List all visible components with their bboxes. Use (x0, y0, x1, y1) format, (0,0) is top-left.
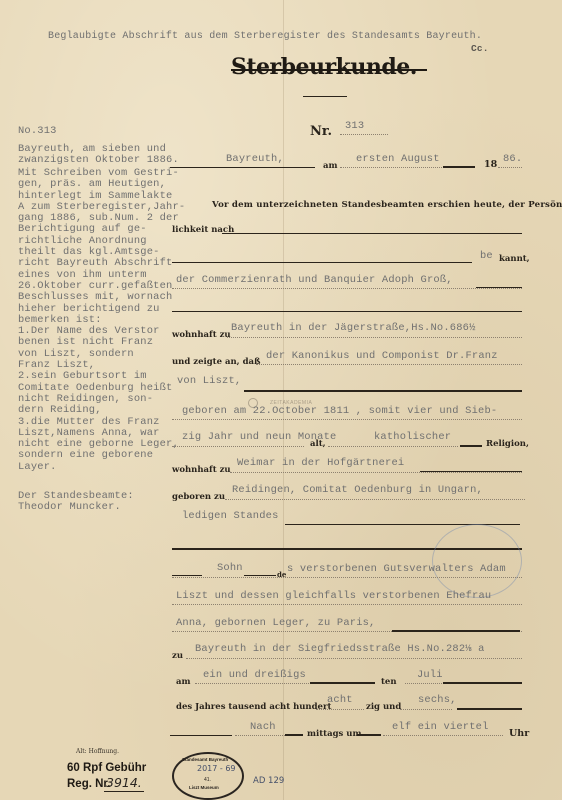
year-units: sechs, (418, 694, 457, 706)
stamp-sub-text: 41. (204, 777, 211, 783)
year-text-label: des Jahres tausend acht hundert (176, 702, 331, 712)
born-line-underline (172, 419, 522, 420)
title-underline (303, 96, 347, 97)
margin-place-date: Bayreuth, am sieben und zwanzigsten Okto… (18, 144, 179, 167)
sohn-right-line (244, 575, 276, 576)
bekannt-line (172, 262, 472, 263)
parents-line-3: Anna, gebornen Leger, zu Paris, (176, 617, 376, 629)
lichkeit-line (222, 233, 522, 234)
note-line: Beschlusses mit, wornach (18, 292, 185, 303)
deceased-residence-underline-solid (420, 471, 522, 472)
fee-line: 60 Rpf Gebühr (67, 762, 146, 774)
sohn-left-line (172, 575, 202, 576)
time-prefix-underline-solid (285, 734, 303, 736)
stamp-top-text: Standesamt Bayreuth (182, 757, 228, 762)
deceased-line-1-underline (256, 364, 522, 365)
death-month: Juli (417, 669, 443, 681)
intro-text: Vor dem unterzeichneten Standesbeamten e… (212, 200, 562, 210)
ten-label: ten (381, 677, 397, 687)
deceased-line-2: von Liszt, (177, 375, 241, 387)
informant-underline (172, 288, 522, 289)
footer-small-note: Alt: Hoffnung. (76, 748, 119, 755)
margin-correction-note: Mit Schreiben vom Gestri- gen, präs. am … (18, 168, 185, 473)
reg-value: 3914. (106, 775, 142, 790)
informant-residence: Bayreuth in der Jägerstraße,Hs.No.686½ (231, 322, 476, 334)
note-line: gen, präs. am Heutigen, (18, 179, 185, 190)
am-label: am (323, 161, 338, 171)
year-tens: acht (327, 694, 353, 706)
birthplace-underline (225, 499, 525, 500)
date-value: ersten August (356, 153, 440, 165)
stamp-bottom-text: Liszt Museum (189, 785, 219, 790)
religion-underline-solid (460, 445, 482, 447)
parents-line-3-underline-solid (392, 630, 520, 632)
death-day-underline-solid (310, 682, 375, 684)
deceased-residence-underline (230, 472, 522, 473)
geboren-label: geboren zu (172, 492, 225, 502)
zig-und-label: zig und (366, 702, 401, 712)
certification-line: Beglaubigte Abschrift aus dem Sterberegi… (48, 31, 482, 42)
parents-line-1: s verstorbenen Gutsverwalters Adam (287, 563, 506, 575)
archive-code: AD 129 (253, 776, 284, 786)
nr-value: 313 (345, 120, 364, 132)
margin-signature: Der Standesbeamte: Theodor Muncker. (18, 491, 134, 514)
zu-label: zu (172, 651, 183, 661)
wohnhaft-label-deceased: wohnhaft zu (172, 465, 231, 475)
year-units-underline (400, 709, 452, 710)
death-day: ein und dreißigs (203, 669, 306, 681)
age-underline (172, 446, 304, 447)
death-month-underline-solid (443, 682, 522, 684)
year-value: 86. (503, 153, 522, 165)
reg-value-underline (104, 791, 144, 792)
note-line: richt Bayreuth Abschrift (18, 258, 185, 269)
year-tens-underline (316, 709, 364, 710)
bekannt-label: kannt, (499, 254, 530, 264)
zeigte-an-label: und zeigte an, daß (172, 357, 260, 367)
am-label-death: am (176, 677, 191, 687)
death-place: Bayreuth in der Siegfriedsstraße Hs.No.2… (195, 643, 485, 655)
deceased-line-1: der Kanonikus und Componist Dr.Franz (266, 350, 498, 362)
stamp-number: 2017 - 69 (197, 764, 236, 773)
time-prefix: Nach (250, 721, 276, 733)
place-underline (170, 167, 315, 168)
nr-label: Nr. (310, 124, 332, 139)
deceased-line-2-underline (244, 390, 522, 392)
alt-label: alt, (310, 439, 326, 449)
time-value-left-line (357, 734, 381, 736)
wohnhaft-label-informant: wohnhaft zu (172, 330, 231, 340)
religion-value: katholischer (374, 431, 451, 443)
corner-mark: Cc. (471, 43, 489, 54)
note-line: dern Reiding, (18, 405, 185, 416)
nr-underline (340, 134, 388, 135)
religion-underline (328, 446, 458, 447)
year-units-underline-solid (457, 708, 522, 710)
mittags-label: mittags um (307, 729, 361, 739)
bekannt-prefix: be (480, 250, 493, 262)
note-line: Layer. (18, 462, 185, 473)
death-place-underline (186, 658, 522, 659)
blank-line-1 (172, 311, 522, 312)
deceased-residence: Weimar in der Hofgärtnerei (237, 457, 404, 469)
informant-value: der Commerzienrath und Banquier Adoph Gr… (176, 274, 453, 286)
margin-place-date-line: zwanzigsten Oktober 1886. (18, 155, 179, 166)
reg-label: Reg. Nr. (67, 778, 110, 790)
official-seal-stamp (432, 524, 522, 598)
marital-status: ledigen Standes (182, 510, 279, 522)
birthplace: Reidingen, Comitat Oedenburg in Ungarn, (232, 484, 483, 496)
time-value: elf ein viertel (392, 721, 489, 733)
parents-line-2-underline (172, 604, 522, 605)
uhr-label: Uhr (509, 728, 529, 739)
informant-underline-solid (476, 287, 522, 288)
born-line: geboren am 22.October 1811 , somit vier … (182, 405, 497, 417)
year-prefix: 18 (484, 159, 497, 170)
year-underline (498, 167, 522, 168)
signature-name: Theodor Muncker. (18, 502, 134, 513)
time-left-line (170, 735, 232, 736)
note-line: 2.sein Geburtsort im (18, 371, 185, 382)
religion-label: Religion, (486, 439, 529, 449)
title-strikethrough (231, 69, 427, 71)
document-title: Sterbeurkunde. (231, 54, 417, 80)
place-value: Bayreuth, (226, 153, 284, 165)
sohn-value: Sohn (217, 562, 243, 574)
informant-residence-underline (227, 337, 522, 338)
parents-line-2: Liszt und dessen gleichfalls verstorbene… (176, 590, 491, 602)
parents-line-1-underline (172, 577, 522, 578)
time-prefix-underline (235, 735, 287, 736)
time-value-underline (383, 735, 503, 736)
margin-register-number: No.313 (18, 125, 57, 137)
date-underline-solid (443, 166, 475, 168)
